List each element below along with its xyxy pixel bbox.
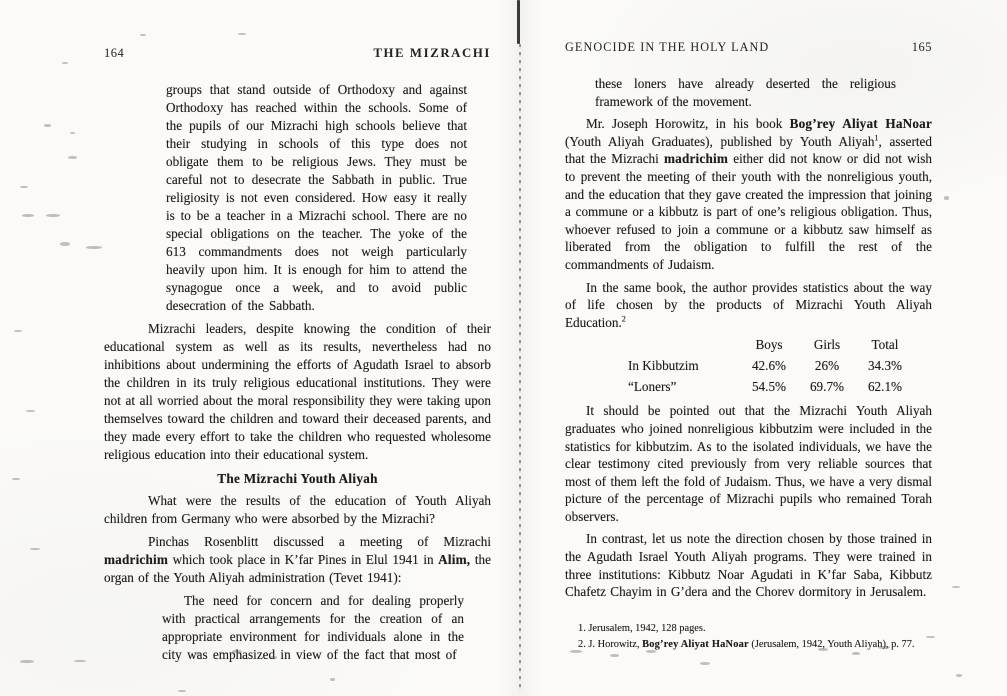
paragraph-results-question: What were the results of the education o… (104, 492, 491, 528)
page-165: GENOCIDE IN THE HOLY LAND 165 these lone… (565, 40, 932, 654)
paragraph-statistics-intro: In the same book, the author provides st… (565, 279, 932, 332)
scan-speck (570, 650, 582, 653)
value-loners-girls: 69.7% (798, 376, 856, 397)
page-164: 164 THE MIZRACHI groups that stand outsi… (104, 46, 491, 664)
quote-continuation-top: groups that stand outside of Orthodoxy a… (166, 81, 467, 315)
paragraph-in-contrast: In contrast, let us note the direction c… (565, 530, 932, 600)
page-number-right: 165 (912, 40, 932, 55)
scan-speck (12, 478, 20, 480)
scan-speck (20, 660, 34, 663)
scan-speck (46, 214, 60, 217)
running-header-right: GENOCIDE IN THE HOLY LAND 165 (565, 40, 932, 55)
scan-speck (270, 656, 277, 659)
column-header-total: Total (856, 334, 914, 355)
value-loners-total: 62.1% (856, 376, 914, 397)
scan-speck (60, 242, 70, 246)
spine-crease-top (517, 0, 520, 44)
quote-continuation-loners: these loners have already deserted the r… (595, 75, 896, 110)
scan-speck (86, 246, 102, 249)
scan-speck (70, 132, 75, 134)
value-loners-boys: 54.5% (740, 376, 798, 397)
paragraph-pointed-out: It should be pointed out that the Mizrac… (565, 402, 932, 525)
value-kibbutzim-boys: 42.6% (740, 355, 798, 376)
scan-speck (178, 690, 186, 692)
footnotes: 1. Jerusalem, 1942, 128 pages. 2. J. Hor… (565, 621, 932, 654)
scan-speck (62, 62, 68, 64)
value-kibbutzim-girls: 26% (798, 355, 856, 376)
table-spacer (565, 355, 628, 376)
scan-speck (26, 410, 35, 412)
table-row: “Loners” 54.5% 69.7% 62.1% (565, 376, 932, 397)
scan-speck (232, 650, 242, 653)
scan-speck (30, 548, 40, 550)
scan-speck (878, 646, 890, 649)
scan-speck (330, 678, 335, 681)
paragraph-pinchas-rosenblitt: Pinchas Rosenblitt discussed a meeting o… (104, 533, 491, 587)
scan-speck (944, 196, 949, 200)
row-label-in-kibbutzim: In Kibbutzim (628, 355, 740, 376)
scan-speck (818, 648, 828, 651)
running-head-title-right: GENOCIDE IN THE HOLY LAND (565, 40, 769, 55)
value-kibbutzim-total: 34.3% (856, 355, 914, 376)
statistics-table: Boys Girls Total In Kibbutzim 42.6% 26% … (565, 334, 932, 397)
scan-speck (852, 652, 860, 655)
scan-speck (20, 186, 28, 188)
book-scan: { "left_page": { "page_number": "164", "… (0, 0, 1007, 696)
scan-speck (956, 674, 962, 677)
scan-speck (196, 652, 200, 655)
table-row: In Kibbutzim 42.6% 26% 34.3% (565, 355, 932, 376)
scan-speck (68, 156, 77, 159)
page-number-left: 164 (104, 46, 124, 61)
running-header-left: 164 THE MIZRACHI (104, 46, 491, 61)
paragraph-mizrachi-leaders: Mizrachi leaders, despite knowing the co… (104, 320, 491, 464)
running-head-title-left: THE MIZRACHI (373, 46, 491, 61)
scan-speck (140, 34, 146, 36)
table-spacer (565, 334, 628, 355)
column-header-boys: Boys (740, 334, 798, 355)
scan-speck (22, 214, 34, 217)
statistics-table-header-row: Boys Girls Total (565, 334, 932, 355)
scan-speck (646, 650, 656, 653)
footnote-1: 1. Jerusalem, 1942, 128 pages. (578, 621, 932, 638)
paragraph-horowitz: Mr. Joseph Horowitz, in his book Bog’rey… (565, 115, 932, 273)
scan-speck (610, 654, 619, 657)
scan-speck (952, 586, 960, 588)
scan-speck (14, 330, 22, 332)
scan-speck (238, 33, 246, 35)
scan-speck (74, 660, 86, 662)
spine-crease-dashed (519, 44, 521, 690)
scan-speck (700, 662, 710, 665)
row-label-loners: “Loners” (628, 376, 740, 397)
scan-speck (926, 636, 935, 638)
table-spacer (628, 334, 740, 355)
table-spacer (565, 376, 628, 397)
scan-speck (44, 124, 51, 127)
quote-need-for-concern: The need for concern and for dealing pro… (162, 592, 464, 664)
section-heading-mizrachi-youth-aliyah: The Mizrachi Youth Aliyah (104, 471, 491, 487)
column-header-girls: Girls (798, 334, 856, 355)
